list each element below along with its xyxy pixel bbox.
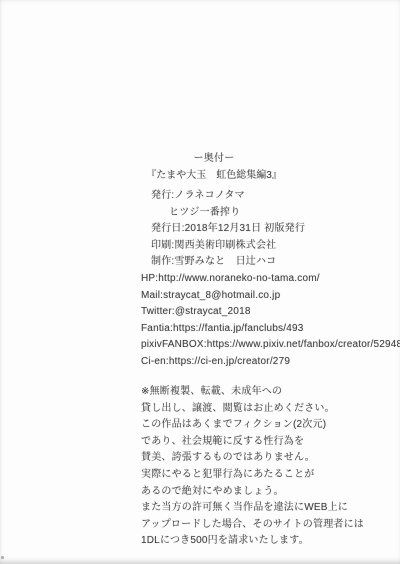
publisher-line: 発行:ノラネコノタマ — [151, 188, 305, 205]
disclaimer-line: 1DLにつき500円を請求いたします。 — [141, 533, 364, 550]
mail-address-line: Mail:straycat_8@hotmail.co.jp — [141, 288, 400, 305]
colophon-header: ー奥付ー 『たまや大玉 虹色総集編3』 — [0, 151, 400, 184]
disclaimer-line: あるので絶対にやめましょう。 — [141, 484, 364, 501]
twitter-handle-line: Twitter:@straycat_2018 — [141, 304, 400, 321]
circle-name-line: ヒツジ一番搾り — [151, 205, 305, 222]
pixiv-fanbox-url-line: pixivFANBOX:https://www.pixiv.net/fanbox… — [141, 337, 400, 354]
disclaimer-line: 賛美、誇張するものではありません。 — [141, 450, 364, 467]
colophon-page: ー奥付ー 『たまや大玉 虹色総集編3』 発行:ノラネコノタマ ヒツジ一番搾り 発… — [0, 0, 400, 564]
disclaimer-line: であり、社会規範に反する性行為を — [141, 434, 364, 451]
publication-info: 発行:ノラネコノタマ ヒツジ一番搾り 発行日:2018年12月31日 初版発行 … — [151, 188, 305, 271]
scan-artifact-speck — [1, 556, 4, 559]
disclaimer-line: アップロードした場合、そのサイトの管理者には — [141, 517, 364, 534]
printer-line: 印刷:関西美術印刷株式会社 — [151, 238, 305, 255]
colophon-marker: ー奥付ー — [0, 151, 400, 168]
creators-line: 制作:雪野みなと 日辻ハコ — [151, 254, 305, 271]
disclaimer-line: ※無断複製、転載、未成年への — [141, 384, 364, 401]
disclaimer-line: 実際にやると犯罪行為にあたることが — [141, 467, 364, 484]
disclaimer-text: ※無断複製、転載、未成年への 貸し出し、譲渡、閲覧はお止めください。 この作品は… — [141, 384, 364, 550]
contact-links: HP:http://www.noraneko-no-tama.com/ Mail… — [141, 271, 400, 371]
disclaimer-line: 貸し出し、譲渡、閲覧はお止めください。 — [141, 401, 364, 418]
disclaimer-line: また当方の許可無く当作品を違法にWEB上に — [141, 500, 364, 517]
homepage-url-line: HP:http://www.noraneko-no-tama.com/ — [141, 271, 400, 288]
book-title: 『たまや大玉 虹色総集編3』 — [0, 168, 400, 185]
publish-date-line: 発行日:2018年12月31日 初版発行 — [151, 221, 305, 238]
fantia-url-line: Fantia:https://fantia.jp/fanclubs/493 — [141, 321, 400, 338]
ci-en-url-line: Ci-en:https://ci-en.jp/creator/279 — [141, 354, 400, 371]
disclaimer-line: この作品はあくまでフィクション(2次元) — [141, 417, 364, 434]
